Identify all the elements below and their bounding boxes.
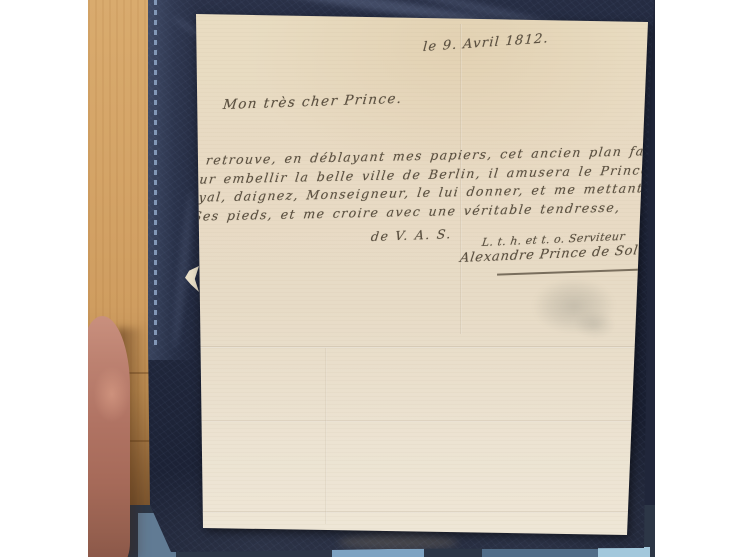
letter-paper: le 9. Avril 1812. Mon très cher Prince. … xyxy=(88,0,655,557)
paper-crease xyxy=(198,420,638,422)
signature-underline xyxy=(497,268,647,275)
paper-crease xyxy=(198,346,638,348)
paper-stain xyxy=(575,312,615,338)
letter-body: Je retrouve, en déblayant mes papiers, c… xyxy=(176,142,655,226)
letter-date: le 9. Avril 1812. xyxy=(422,31,549,55)
paper-crease xyxy=(325,348,327,524)
letter-closing: de V. A. S. xyxy=(370,226,453,244)
album-photo: le 9. Avril 1812. Mon très cher Prince. … xyxy=(88,0,655,557)
letter-paper-wrap: le 9. Avril 1812. Mon très cher Prince. … xyxy=(88,0,655,557)
paper-crease xyxy=(198,511,638,513)
photo-canvas: le 9. Avril 1812. Mon très cher Prince. … xyxy=(0,0,740,557)
background-right xyxy=(655,0,740,557)
letter-salutation: Mon très cher Prince. xyxy=(222,91,403,113)
background-left xyxy=(0,0,88,557)
finger xyxy=(88,316,130,557)
